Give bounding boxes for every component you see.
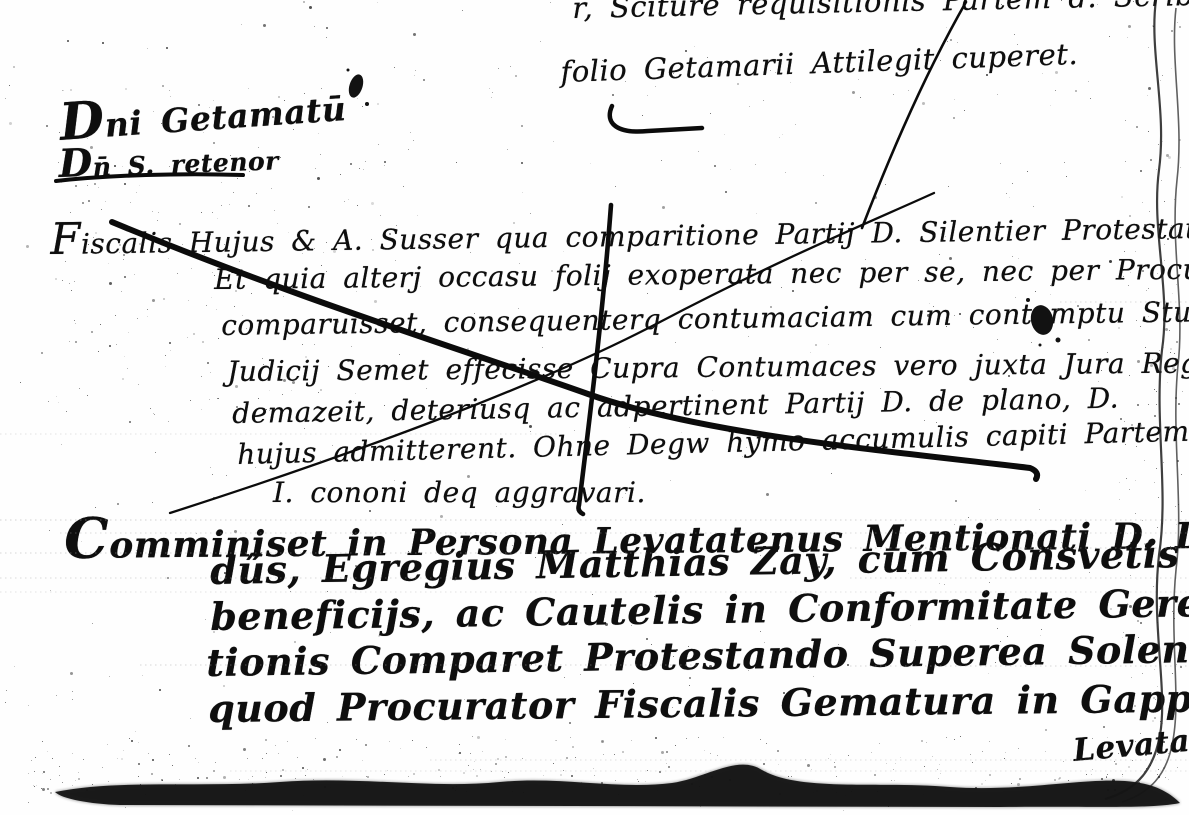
manuscript-page: r, Sciture requisitionis Partem d. Scrib… xyxy=(0,0,1189,815)
levata-paragraph-line: quod Procurator Fiscalis Gematura in Gap… xyxy=(208,678,1189,728)
cancelled-paragraph-line: comparuisset, consequenterq contumaciam … xyxy=(221,298,1189,340)
strike-flourish-steep xyxy=(862,2,966,228)
cancelled-paragraph-line: Fiscalis Hujus & A. Susser qua compariti… xyxy=(50,203,1189,263)
marginal-heading-struck-line: Dn̄ S. retenor xyxy=(58,138,279,184)
page-edge-bottom xyxy=(55,765,1180,807)
marginal-heading-line: Dni Getamatū xyxy=(58,78,348,149)
cancelled-paragraph-line: Judicij Semet effecisse Cupra Contumaces… xyxy=(227,349,1189,386)
manuscript-line: folio Getamarii Attilegit cuperet. xyxy=(560,40,1079,87)
manuscript-line: r, Sciture requisitionis Partem d. Scrib… xyxy=(572,0,1189,23)
ink-blot xyxy=(346,69,369,107)
cancelled-paragraph-line: I. cononi deq aggravari. xyxy=(273,479,646,507)
catchword: Levata xyxy=(1072,726,1189,767)
cancelled-paragraph-line: Et quia alterj occasu folij exoperata ne… xyxy=(214,255,1189,294)
underline-flourish xyxy=(610,106,702,132)
